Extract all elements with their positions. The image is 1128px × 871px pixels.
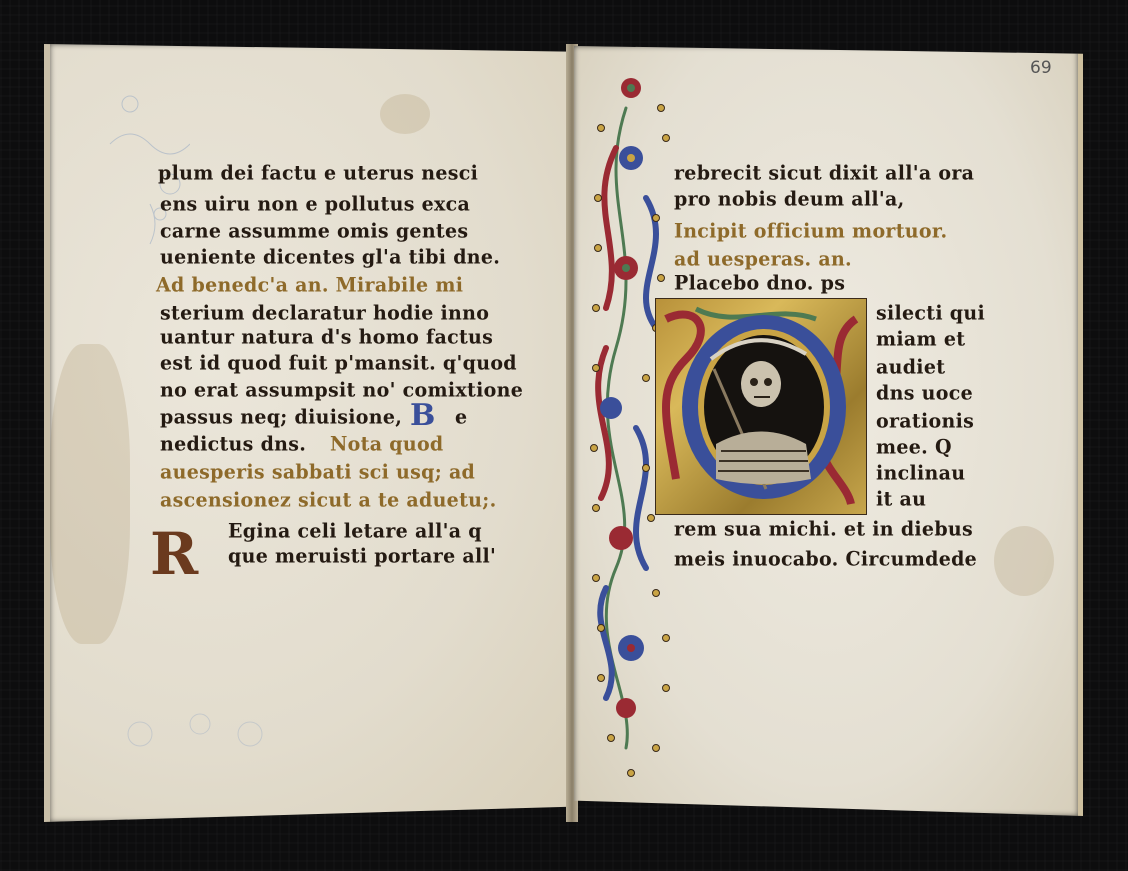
text-line: que meruisti portare all' [228, 544, 496, 567]
text-line: e [455, 405, 467, 428]
text-line: miam et [876, 327, 965, 350]
text-line: pro nobis deum all'a, [674, 187, 905, 210]
text-line: mee. Q [876, 435, 952, 458]
initial-r: R [150, 520, 198, 588]
rubric-line: auesperis sabbati sci usq; ad [160, 460, 475, 483]
text-line: ens uiru non e pollutus exca [160, 192, 470, 215]
text-line: uantur natura d's homo factus [160, 325, 493, 348]
text-line: Egina celi letare all'a q [228, 519, 482, 542]
text-line: dns uoce [876, 381, 973, 404]
text-line: sterium declaratur hodie inno [160, 301, 489, 324]
stain [50, 344, 130, 644]
text-line: carne assumme omis gentes [160, 219, 468, 242]
text-line: it au [876, 487, 926, 510]
text-line: Placebo dno. ps [674, 271, 845, 294]
text-line: inclinau [876, 461, 965, 484]
text-line: rem sua michi. et in diebus [674, 517, 973, 540]
folio-number: 69 [1030, 58, 1052, 78]
text-line: nedictus dns. [160, 432, 306, 455]
text-line: passus neq; diuisione, [160, 405, 402, 428]
text-line: meis inuocabo. Circumdede [674, 547, 977, 570]
rubric-line: Ad benedc'a an. Mirabile mi [156, 273, 463, 296]
text-line: rebrecit sicut dixit all'a ora [674, 161, 974, 184]
historiated-initial-miniature [655, 298, 867, 515]
rubric-line: ascensionez sicut a te aduetu;. [160, 488, 496, 511]
text-line: audiet [876, 355, 945, 378]
rubric-line: ad uesperas. an. [674, 247, 852, 270]
text-line: orationis [876, 409, 974, 432]
text-line: ueniente dicentes gl'a tibi dne. [160, 245, 500, 268]
rubric-line: Incipit officium mortuor. [674, 219, 947, 242]
text-line: est id quod fuit p'mansit. q'quod [160, 351, 517, 374]
stain [380, 94, 430, 134]
rubric-inline: Nota quod [330, 432, 444, 455]
text-line: plum dei factu e uterus nesci [158, 161, 478, 184]
text-line: no erat assumpsit no' comixtione [160, 378, 523, 401]
text-line: silecti qui [876, 301, 985, 324]
stain [994, 526, 1054, 596]
faint-pen-doodle-icon [110, 694, 290, 774]
death-skeleton-icon [656, 299, 866, 514]
initial-b: B [410, 398, 435, 433]
